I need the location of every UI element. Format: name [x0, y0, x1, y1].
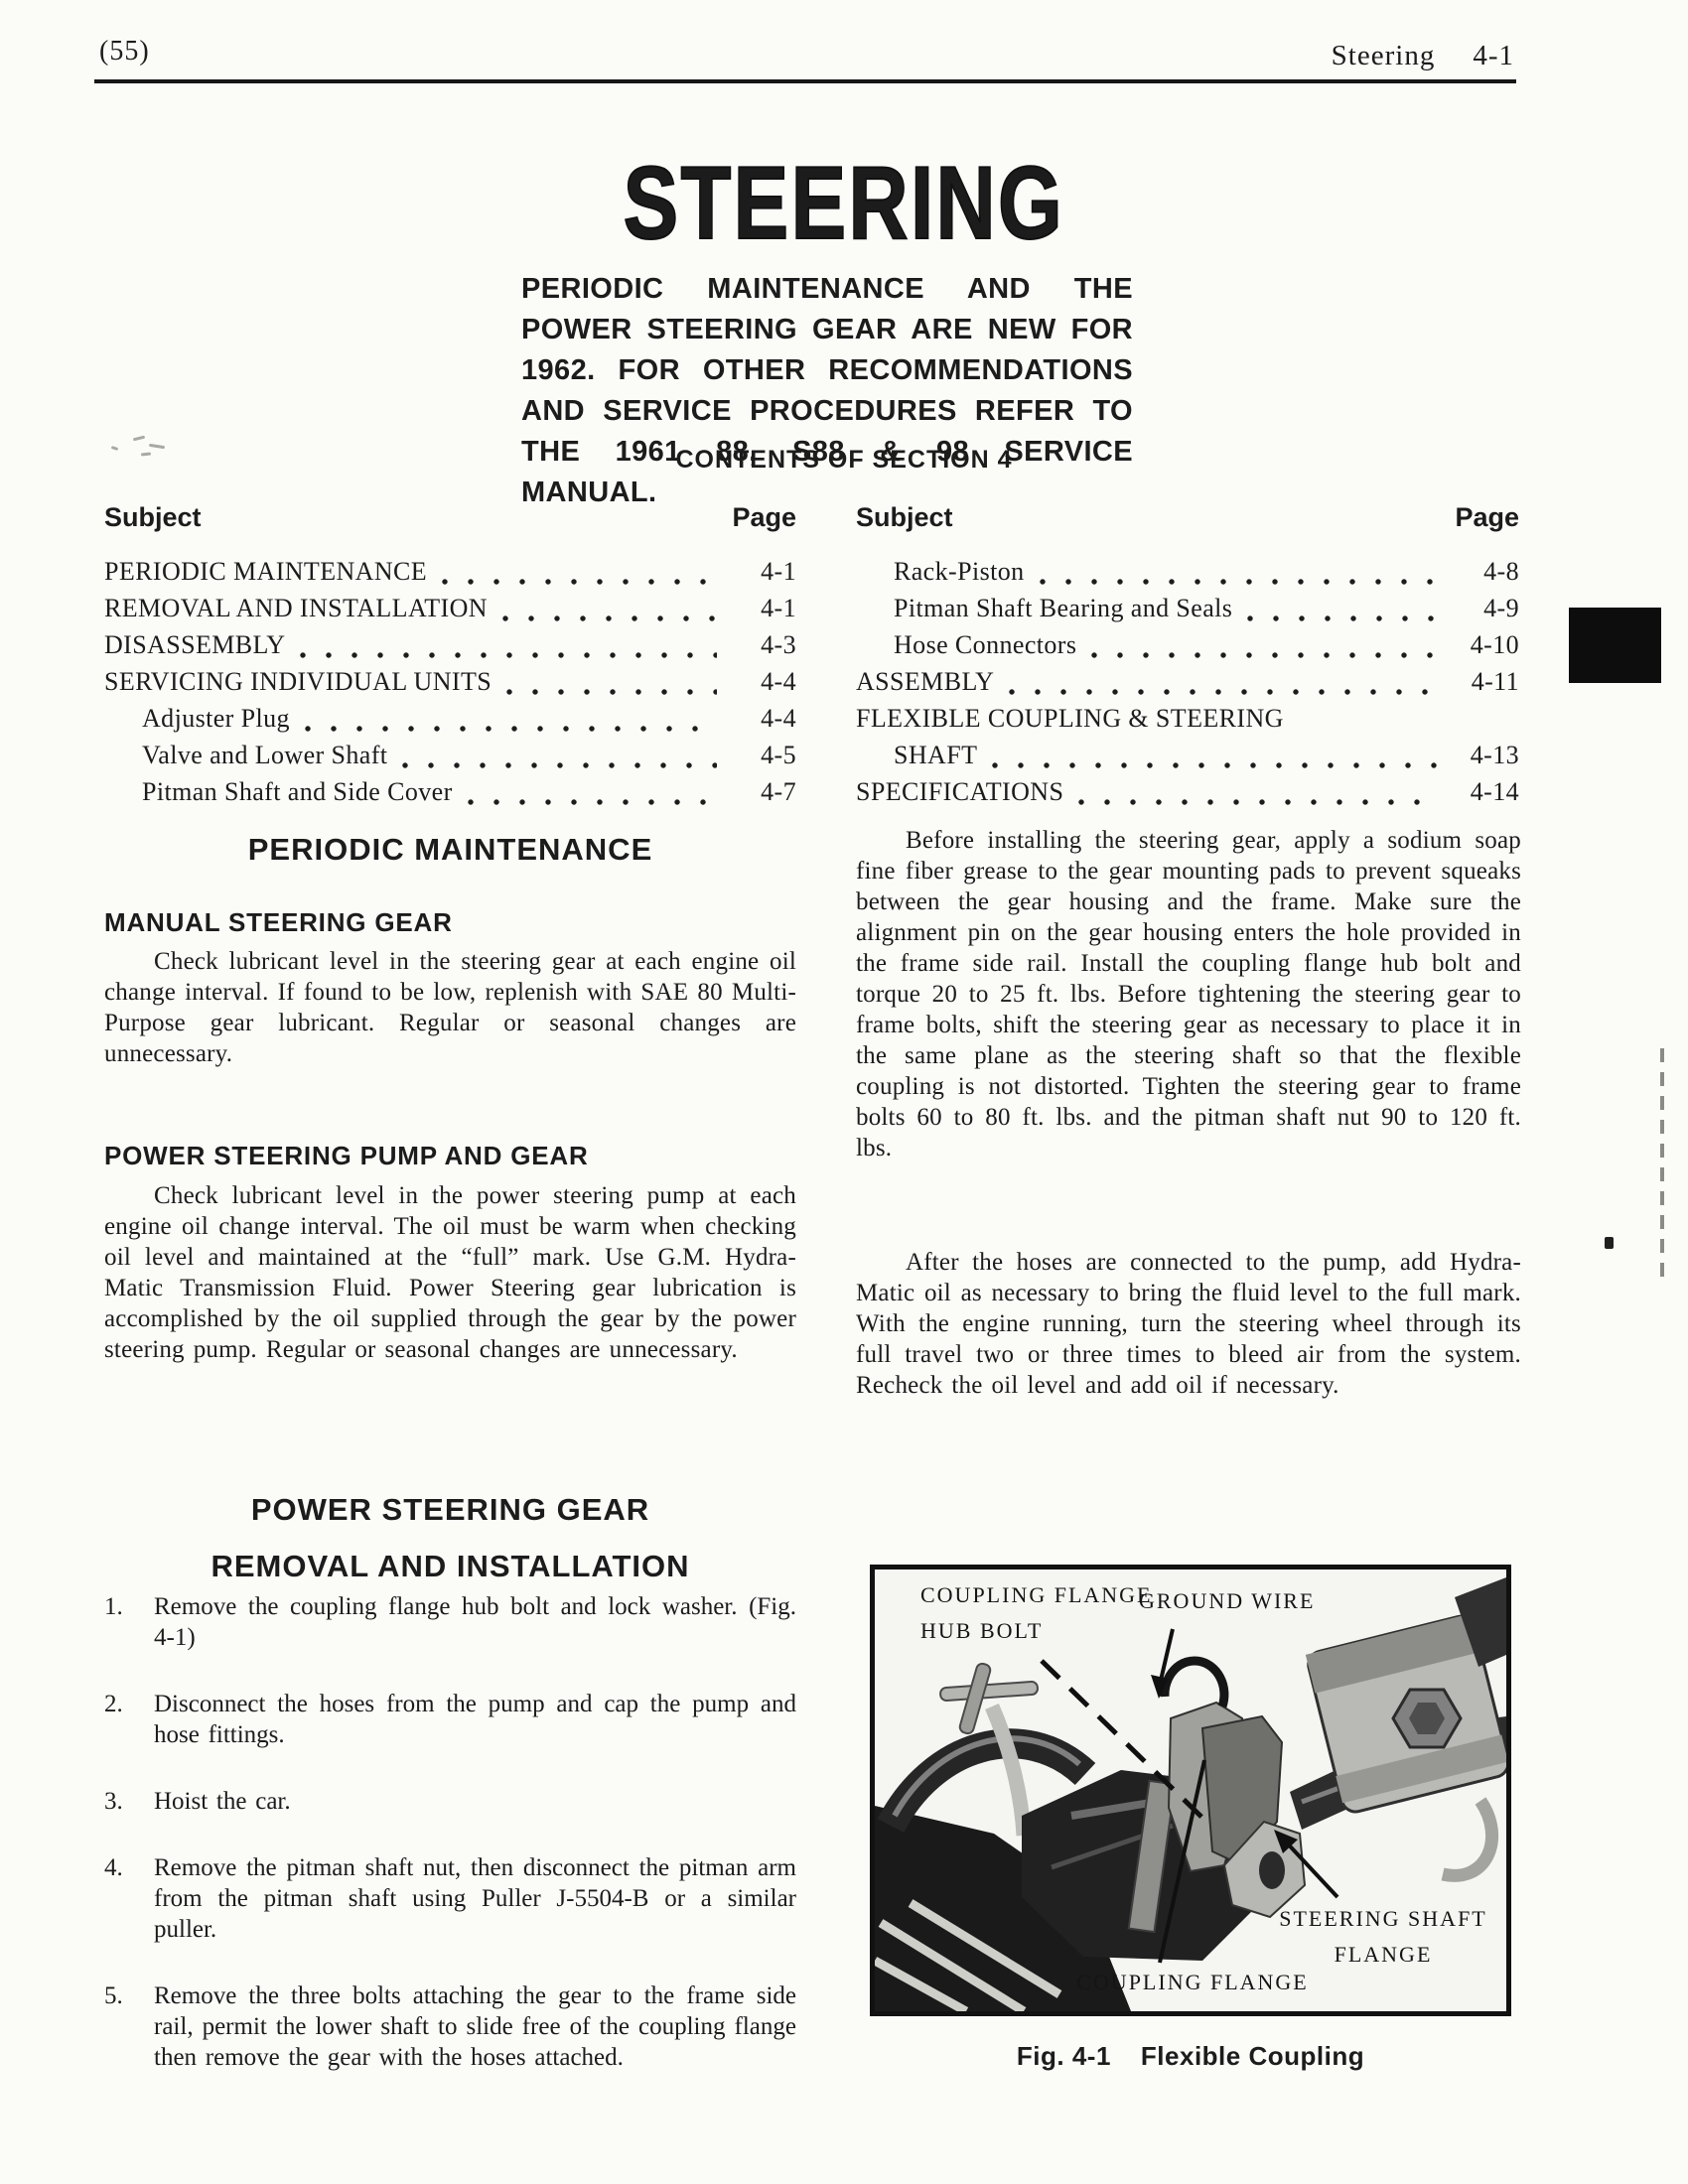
header-rule: [94, 79, 1516, 83]
scan-edge-artifact: [1660, 1048, 1664, 1285]
contents-heading: CONTENTS OF SECTION 4: [20, 446, 1668, 475]
toc-right-header: Subject Page: [856, 502, 1519, 533]
figure-caption: Fig. 4-1Flexible Coupling: [870, 2041, 1511, 2072]
figure-flexible-coupling: COUPLING FLANGE HUB BOLT GROUND WIRE STE…: [870, 1565, 1511, 2016]
hose-bleed-paragraph: After the hoses are connected to the pum…: [856, 1247, 1521, 1401]
manual-page: (55) Steering4-1 STEERING PERIODIC MAINT…: [0, 0, 1688, 2184]
toc-entry: Pitman Shaft Bearing and Seals4-9: [856, 594, 1519, 630]
label-steering-shaft-flange: STEERING SHAFT FLANGE: [1270, 1901, 1496, 1973]
toc-left-header: Subject Page: [104, 502, 796, 533]
step-item: 4. Remove the pitman shaft nut, then dis…: [104, 1852, 796, 1945]
running-header-page: 4-1: [1473, 40, 1514, 71]
toc-entry: FLEXIBLE COUPLING & STEERING: [856, 704, 1519, 741]
page-number: (55): [99, 36, 150, 68]
thumb-index-tab: [1569, 608, 1661, 683]
removal-installation-heading: POWER STEERING GEAR REMOVAL AND INSTALLA…: [104, 1481, 796, 1594]
section-title: STEERING: [20, 145, 1668, 263]
step-item: 3. Hoist the car.: [104, 1786, 796, 1817]
power-steering-pump-heading: POWER STEERING PUMP AND GEAR: [104, 1141, 589, 1171]
toc-entry: SERVICING INDIVIDUAL UNITS4-4: [104, 667, 796, 704]
toc-left-subject-header: Subject: [104, 502, 202, 533]
new-for-1962-notice: PERIODIC MAINTENANCE AND THE POWER STEER…: [521, 269, 1133, 513]
toc-entry: ASSEMBLY4-11: [856, 667, 1519, 704]
toc-left-column: PERIODIC MAINTENANCE4-1 REMOVAL AND INST…: [104, 557, 796, 814]
installation-notes-paragraph: Before installing the steering gear, app…: [856, 825, 1521, 1163]
toc-left-page-header: Page: [732, 502, 796, 533]
toc-entry: Pitman Shaft and Side Cover4-7: [104, 777, 796, 814]
manual-steering-gear-heading: MANUAL STEERING GEAR: [104, 907, 453, 938]
power-steering-pump-paragraph: Check lubricant level in the power steer…: [104, 1180, 796, 1365]
toc-entry: PERIODIC MAINTENANCE4-1: [104, 557, 796, 594]
toc-entry: SPECIFICATIONS4-14: [856, 777, 1519, 814]
toc-entry: Adjuster Plug4-4: [104, 704, 796, 741]
toc-entry: SHAFT4-13: [856, 741, 1519, 777]
manual-steering-gear-paragraph: Check lubricant level in the steering ge…: [104, 946, 796, 1069]
step-item: 5. Remove the three bolts attaching the …: [104, 1980, 796, 2073]
toc-entry: Valve and Lower Shaft4-5: [104, 741, 796, 777]
removal-steps-list: 1. Remove the coupling flange hub bolt a…: [104, 1591, 796, 2109]
running-header-section: Steering: [1332, 40, 1436, 71]
label-ground-wire: GROUND WIRE: [1139, 1583, 1315, 1619]
running-header: Steering4-1: [1092, 40, 1514, 72]
toc-entry: Rack-Piston4-8: [856, 557, 1519, 594]
toc-entry: Hose Connectors4-10: [856, 630, 1519, 667]
step-item: 2. Disconnect the hoses from the pump an…: [104, 1689, 796, 1750]
label-coupling-flange-hub-bolt: COUPLING FLANGE HUB BOLT: [920, 1577, 1153, 1649]
toc-right-column: Rack-Piston4-8 Pitman Shaft Bearing and …: [856, 557, 1519, 814]
label-coupling-flange: COUPLING FLANGE: [1024, 1965, 1361, 2000]
toc-right-subject-header: Subject: [856, 502, 953, 533]
toc-entry: REMOVAL AND INSTALLATION4-1: [104, 594, 796, 630]
scan-speck-artifact: [1605, 1237, 1614, 1249]
periodic-maintenance-heading: PERIODIC MAINTENANCE: [104, 832, 796, 868]
step-item: 1. Remove the coupling flange hub bolt a…: [104, 1591, 796, 1653]
toc-entry: DISASSEMBLY4-3: [104, 630, 796, 667]
toc-right-page-header: Page: [1455, 502, 1519, 533]
